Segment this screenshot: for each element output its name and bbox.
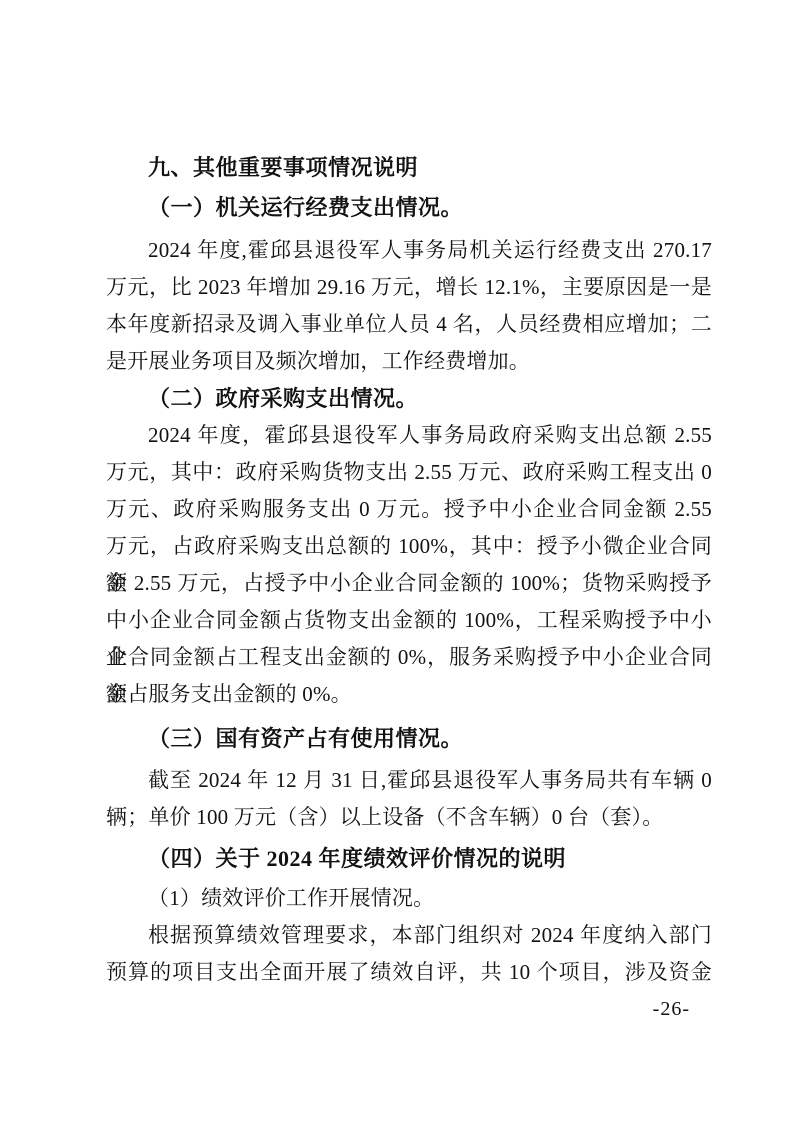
- body-line: 2024 年度,霍邱县退役军人事务局机关运行经费支出 270.17: [106, 232, 712, 269]
- document-page: 九、其他重要事项情况说明 （一）机关运行经费支出情况。 2024 年度,霍邱县退…: [106, 149, 712, 1028]
- body-line: 截至 2024 年 12 月 31 日,霍邱县退役军人事务局共有车辆 0: [106, 762, 712, 799]
- subsection-heading-4: （四）关于 2024 年度绩效评价情况的说明: [106, 840, 712, 877]
- body-line: 辆；单价 100 万元（含）以上设备（不含车辆）0 台（套）。: [106, 799, 712, 836]
- body-line: 业合同金额占工程支出金额的 0%，服务采购授予中小企业合同金: [106, 639, 712, 676]
- page-number: -26-: [106, 991, 712, 1028]
- body-line: 2024 年度，霍邱县退役军人事务局政府采购支出总额 2.55: [106, 417, 712, 454]
- body-line: 中小企业合同金额占货物支出金额的 100%，工程采购授予中小企: [106, 602, 712, 639]
- body-line: 预算的项目支出全面开展了绩效自评，共 10 个项目，涉及资金: [106, 954, 712, 991]
- body-line: 本年度新招录及调入事业单位人员 4 名，人员经费相应增加；二: [106, 306, 712, 343]
- body-line: 万元、政府采购服务支出 0 万元。授予中小企业合同金额 2.55: [106, 491, 712, 528]
- subsection-item-heading-1: （1）绩效评价工作开展情况。: [106, 880, 712, 917]
- body-line: 根据预算绩效管理要求，本部门组织对 2024 年度纳入部门: [106, 917, 712, 954]
- body-line: 额 2.55 万元，占授予中小企业合同金额的 100%；货物采购授予: [106, 565, 712, 602]
- body-line: 是开展业务项目及频次增加，工作经费增加。: [106, 343, 712, 380]
- body-line: 万元，其中：政府采购货物支出 2.55 万元、政府采购工程支出 0: [106, 454, 712, 491]
- subsection-heading-1: （一）机关运行经费支出情况。: [106, 189, 712, 226]
- subsection-heading-2: （二）政府采购支出情况。: [106, 380, 712, 417]
- body-line: 万元，比 2023 年增加 29.16 万元，增长 12.1%，主要原因是一是: [106, 269, 712, 306]
- section-heading-9: 九、其他重要事项情况说明: [106, 149, 712, 186]
- body-line: 额占服务支出金额的 0%。: [106, 676, 712, 713]
- body-line: 万元，占政府采购支出总额的 100%，其中：授予小微企业合同金: [106, 528, 712, 565]
- subsection-heading-3: （三）国有资产占有使用情况。: [106, 720, 712, 757]
